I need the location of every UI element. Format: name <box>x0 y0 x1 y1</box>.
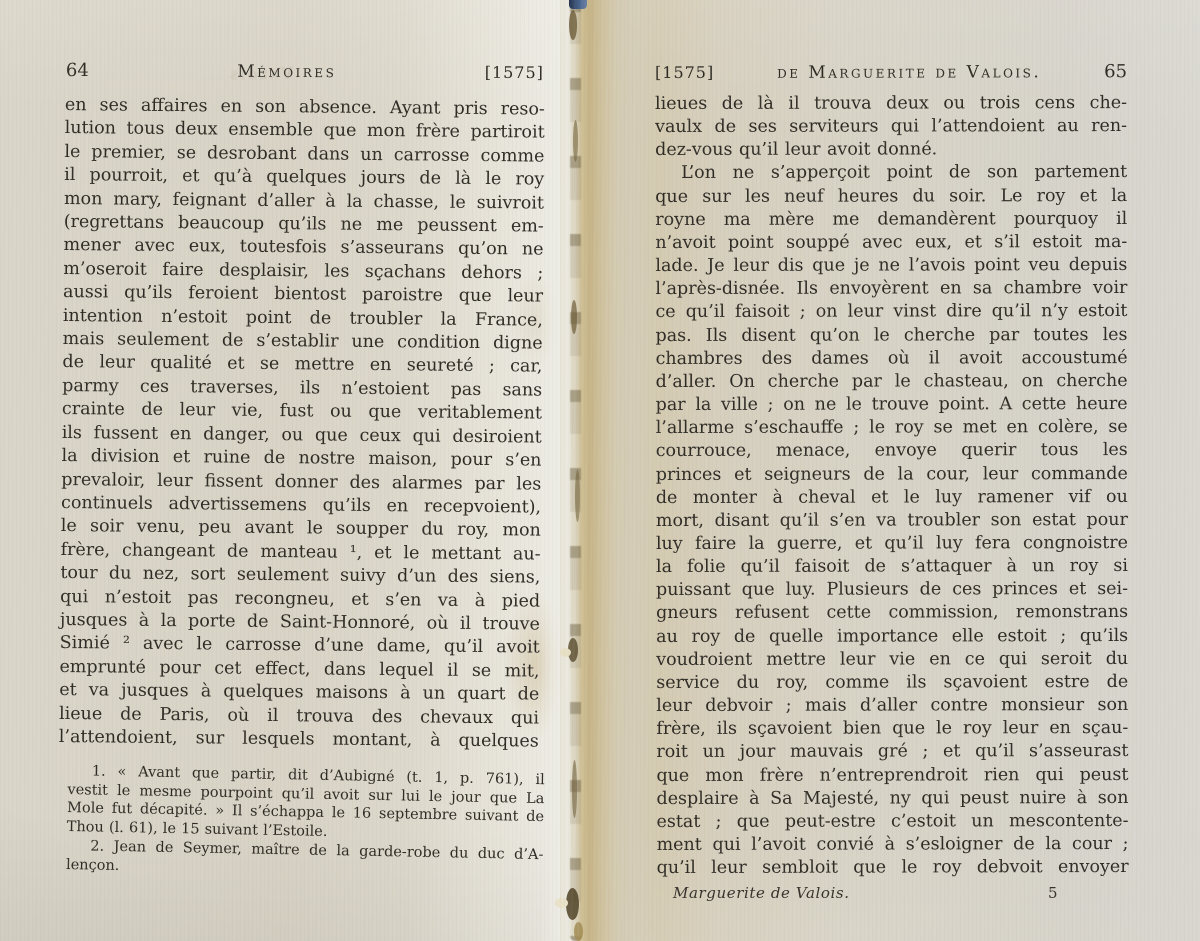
text-line: pas. Ils disent qu’on le cherche par tou… <box>655 324 1127 348</box>
left-page-number: 64 <box>66 60 89 81</box>
text-line: courrouce, menace, envoye querir tous le… <box>656 439 1128 463</box>
text-line: mort, disant qu’il s’en va troubler son … <box>656 509 1128 533</box>
text-line: service du roy, comme ils sçavoient estr… <box>656 671 1128 695</box>
text-line: estat ; que peut-estre c’estoit un mesco… <box>657 810 1129 834</box>
text-line: lade. Je leur dis que je ne l’avois poin… <box>655 254 1127 278</box>
text-line: dez-vous qu’il leur avoit donné. <box>655 138 1127 162</box>
text-line: L’on ne s’apperçoit point de son parteme… <box>655 161 1127 185</box>
right-year-marker: [1575] <box>655 63 714 82</box>
text-line: vaulx de ses serviteurs qui l’attendoien… <box>655 115 1127 139</box>
text-line: royne ma mère me demandèrent pourquoy il <box>655 208 1127 232</box>
right-page-header: [1575] de Marguerite de Valois. 65 <box>655 61 1127 83</box>
text-line: princes et seigneurs de la cour, leur co… <box>656 463 1128 487</box>
signature-mark: 5 <box>1048 884 1058 902</box>
text-line: la folie qu’il faisoit de s’attaquer à u… <box>656 555 1128 579</box>
text-line: voudroient mettre leur vie en ce qui ser… <box>656 648 1128 672</box>
text-line: l’attendoient, sur lesquels montant, à q… <box>59 726 539 754</box>
catchword-title: Marguerite de Valois. <box>673 884 850 902</box>
text-line: l’allarme s’eschauffe ; le roy se met en… <box>656 416 1128 440</box>
text-line: au roy de quelle importance elle estoit … <box>656 625 1128 649</box>
text-line: n’avoit point souppé avec eux, et s’il e… <box>655 231 1127 255</box>
left-year-marker: [1575] <box>485 63 544 82</box>
text-line: que mon frère n’entreprendroit rien qui … <box>656 764 1128 788</box>
text-line: ce qu’il faisoit ; on leur vinst dire qu… <box>655 300 1127 324</box>
right-page-body: lieues de là il trouva deux ou trois cen… <box>655 92 1129 880</box>
text-line: puissant que luy. Plusieurs de ces princ… <box>656 578 1128 602</box>
text-line: qu’il leur sembloit que le roy debvoit e… <box>657 856 1129 880</box>
text-line: gneurs refusent cette commission, remons… <box>656 601 1128 625</box>
right-page-number: 65 <box>1104 61 1127 82</box>
text-line: lieues de là il trouva deux ou trois cen… <box>655 92 1127 116</box>
book-photo: Valois 64 Mémoires [1575] en ses affaire… <box>0 0 1200 941</box>
text-line: chambres des dames où il avoit accoustum… <box>656 347 1128 371</box>
right-running-title: de Marguerite de Valois. <box>777 62 1041 82</box>
text-line: frère, ils sçavoient bien que le roy leu… <box>656 717 1128 741</box>
text-line: roit un jour mauvais gré ; et qu’il s’as… <box>656 740 1128 764</box>
text-line: que sur les neuf heures du soir. Le roy … <box>655 185 1127 209</box>
text-line: d’aller. On cherche par le chasteau, on … <box>656 370 1128 394</box>
text-line: desplaire à Sa Majesté, ny qui peust nui… <box>656 787 1128 811</box>
text-line: ment qui l’avoit convié à s’esloigner de… <box>657 833 1129 857</box>
text-line: par la ville ; on ne le trouve point. A … <box>656 393 1128 417</box>
text-line: leur debvoir ; mais d’aller contre monsi… <box>656 694 1128 718</box>
left-page-body: en ses affaires en son absence. Ayant pr… <box>59 94 545 754</box>
left-running-title: Mémoires <box>237 62 336 82</box>
text-line: luy faire la guerre, et qu’il luy fera c… <box>656 532 1128 556</box>
text-line: de monter à cheval et le luy ramener vif… <box>656 486 1128 510</box>
left-page-footnotes: 1. « Avant que partir, dit d’Aubigné (t.… <box>66 762 545 883</box>
left-page-header: 64 Mémoires [1575] <box>66 60 544 83</box>
text-line: l’après-disnée. Ils envoyèrent en sa cha… <box>655 277 1127 301</box>
